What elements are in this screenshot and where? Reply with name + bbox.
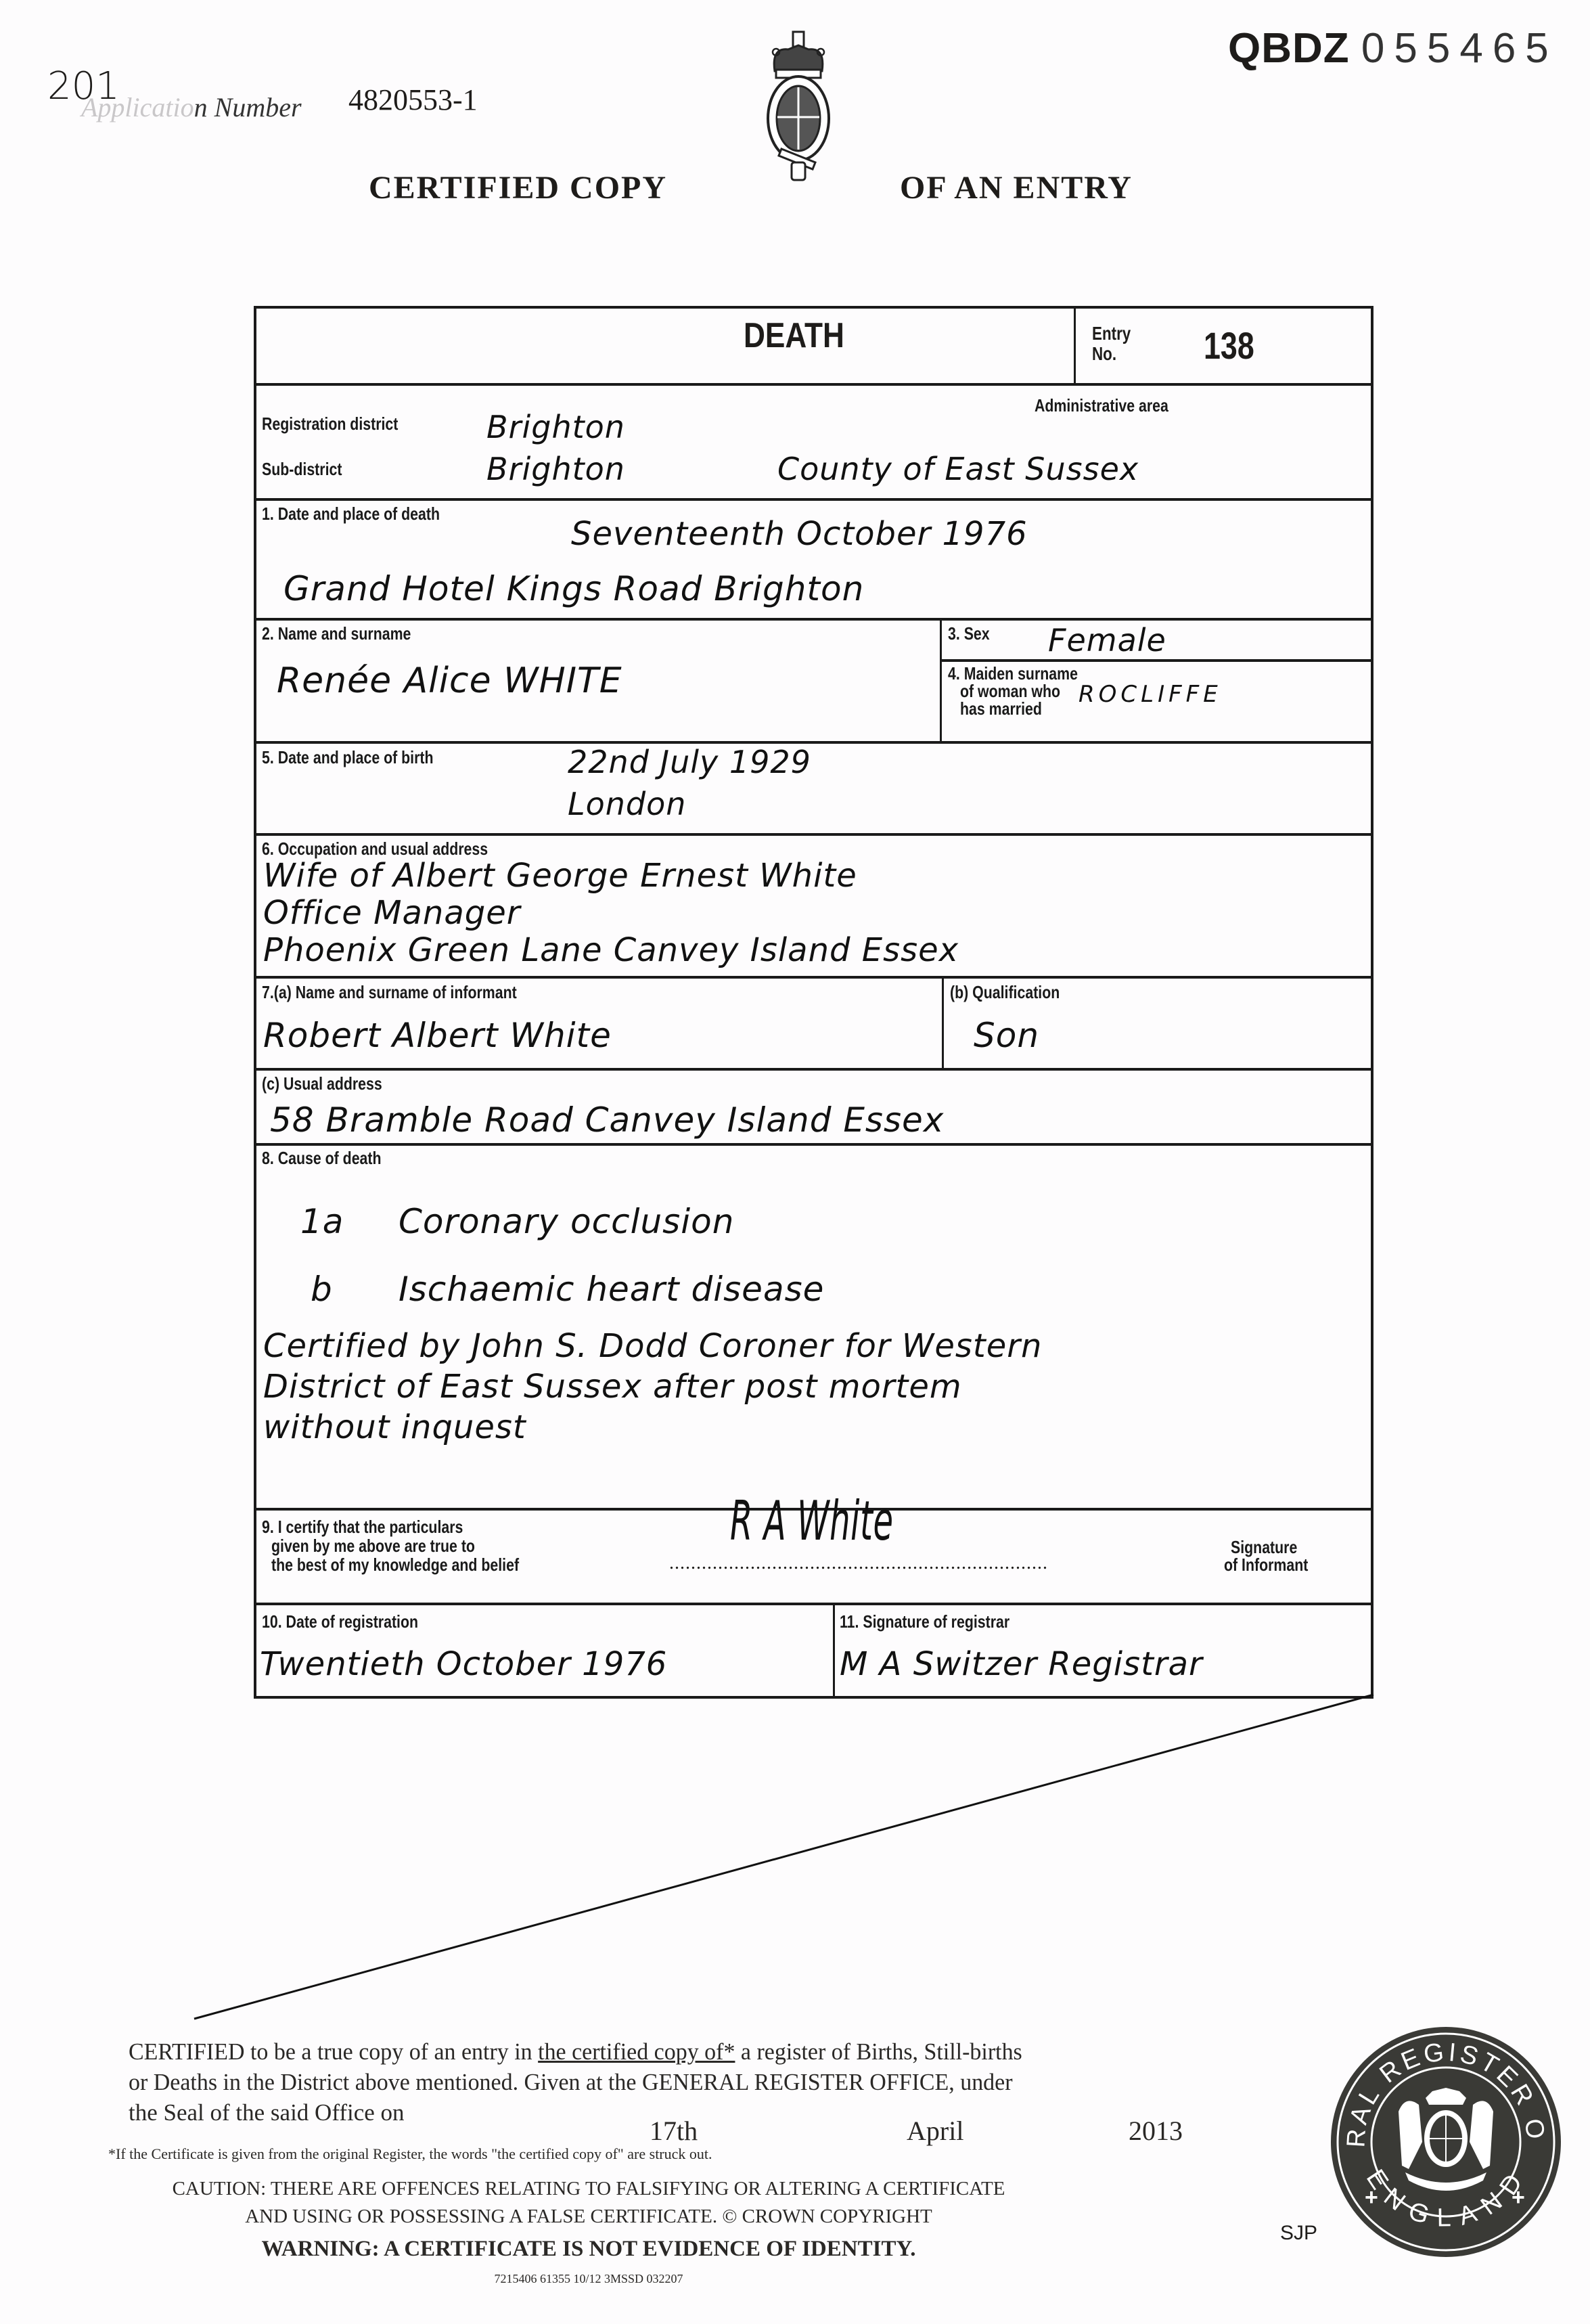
administrative-area-label: Administrative area xyxy=(1035,395,1168,416)
svg-text:+: + xyxy=(1365,2185,1378,2210)
field-3-label: 3. Sex xyxy=(948,623,990,644)
divider xyxy=(833,1603,835,1697)
registrar-signature: M A Switzer Registrar xyxy=(840,1645,1203,1683)
issue-month: April xyxy=(907,2115,963,2147)
informant-qualification: Son xyxy=(974,1016,1039,1055)
caution-line-2: AND USING OR POSSESSING A FALSE CERTIFIC… xyxy=(0,2206,1177,2228)
divider xyxy=(256,741,1371,744)
maiden-surname: ROCLIFFE xyxy=(1078,681,1222,708)
divider xyxy=(940,659,1371,662)
title-of-an-entry: OF AN ENTRY xyxy=(900,169,1133,206)
field-9-label-3: the best of my knowledge and belief xyxy=(271,1555,519,1576)
divider xyxy=(256,1603,1371,1605)
identity-warning: WARNING: A CERTIFICATE IS NOT EVIDENCE O… xyxy=(0,2237,1177,2262)
issue-year: 2013 xyxy=(1129,2115,1183,2147)
field-9-label-2: given by me above are true to xyxy=(271,1536,475,1557)
divider xyxy=(256,976,1371,979)
print-code: 7215406 61355 10/12 3MSSD 032207 xyxy=(0,2272,1177,2286)
field-2-label: 2. Name and surname xyxy=(262,623,411,644)
field-8-label: 8. Cause of death xyxy=(262,1148,382,1169)
occupation-line-1: Wife of Albert George Ernest White xyxy=(263,857,857,895)
application-number-label: Application Number xyxy=(81,91,302,123)
cause-1b-number: b xyxy=(311,1270,333,1309)
divider xyxy=(256,498,1371,501)
divider xyxy=(256,618,1371,621)
divider xyxy=(256,1143,1371,1146)
certificate-serial: QBDZ 055465 xyxy=(1228,24,1558,72)
issuer-initials: SJP xyxy=(1280,2222,1317,2245)
svg-text:+: + xyxy=(1512,2185,1525,2210)
issue-day: 17th xyxy=(650,2115,698,2147)
serial-number: 055465 xyxy=(1361,25,1558,72)
field-11-label: 11. Signature of registrar xyxy=(840,1611,1009,1632)
cause-1a-number: 1a xyxy=(300,1202,344,1241)
place-of-death: Grand Hotel Kings Road Brighton xyxy=(283,569,864,608)
field-9-label-1: 9. I certify that the particulars xyxy=(262,1517,463,1538)
registration-district-label: Registration district xyxy=(262,414,398,434)
general-register-office-seal-icon: GENERAL REGISTER OFFICE ENGLAND + + xyxy=(1327,2024,1564,2260)
place-of-birth: London xyxy=(568,786,686,822)
divider xyxy=(256,383,1371,386)
application-label-text: n Number xyxy=(194,92,302,122)
sub-district-label: Sub-district xyxy=(262,459,342,480)
divider xyxy=(1074,309,1076,383)
application-label-faint: Applicatio xyxy=(81,92,194,122)
signature-of-informant-label-2: of Informant xyxy=(1224,1555,1308,1576)
application-number: 4820553-1 xyxy=(348,83,478,117)
field-7a-label: 7.(a) Name and surname of informant xyxy=(262,982,517,1003)
divider xyxy=(256,833,1371,836)
informant-address: 58 Bramble Road Canvey Island Essex xyxy=(270,1100,944,1140)
serial-prefix: QBDZ xyxy=(1228,25,1350,72)
footnote: *If the Certificate is given from the or… xyxy=(108,2145,712,2163)
entry-type-heading: DEATH xyxy=(744,315,844,356)
death-entry-table: DEATH Entry No. 138 Administrative area … xyxy=(254,306,1373,1699)
date-of-death: Seventeenth October 1976 xyxy=(571,515,1028,553)
field-10-label: 10. Date of registration xyxy=(262,1611,418,1632)
field-7c-label: (c) Usual address xyxy=(262,1073,382,1094)
administrative-area-value: County of East Sussex xyxy=(777,451,1139,487)
cause-1b: Ischaemic heart disease xyxy=(399,1270,824,1309)
informant-name: Robert Albert White xyxy=(263,1016,612,1055)
cause-certification-line-1: Certified by John S. Dodd Coroner for We… xyxy=(263,1327,1042,1365)
usual-address: Phoenix Green Lane Canvey Island Essex xyxy=(263,931,959,969)
name-of-deceased: Renée Alice WHITE xyxy=(277,661,622,701)
divider xyxy=(256,1068,1371,1071)
entry-number: 138 xyxy=(1204,323,1254,367)
field-4-label-3: has married xyxy=(960,698,1042,719)
title-certified-copy: CERTIFIED COPY xyxy=(369,169,667,206)
cause-1a: Coronary occlusion xyxy=(399,1202,734,1241)
field-5-label: 5. Date and place of birth xyxy=(262,747,434,768)
divider xyxy=(940,618,942,741)
sex-value: Female xyxy=(1048,622,1166,658)
registration-district-value: Brighton xyxy=(486,409,625,445)
certified-copy-phrase: the certified copy of* xyxy=(538,2038,735,2065)
caution-line-1: CAUTION: THERE ARE OFFENCES RELATING TO … xyxy=(0,2178,1177,2200)
cause-certification-line-2: District of East Sussex after post morte… xyxy=(263,1368,962,1406)
sub-district-value: Brighton xyxy=(486,451,625,487)
divider xyxy=(942,976,944,1068)
certification-text: a register of Births, Still-births xyxy=(735,2038,1022,2065)
certification-line-3: the Seal of the said Office on xyxy=(129,2099,405,2126)
date-of-registration: Twentieth October 1976 xyxy=(260,1645,667,1683)
entry-number-label: Entry No. xyxy=(1092,323,1125,364)
royal-crest-garter-icon xyxy=(761,30,836,183)
occupation-line-2: Office Manager xyxy=(263,894,521,932)
field-1-label: 1. Date and place of death xyxy=(262,504,440,524)
informant-signature: R A White xyxy=(730,1490,894,1552)
certification-text: CERTIFIED to be a true copy of an entry … xyxy=(129,2038,538,2065)
date-of-birth: 22nd July 1929 xyxy=(568,744,811,780)
field-7b-label: (b) Qualification xyxy=(950,982,1060,1003)
certification-line-1: CERTIFIED to be a true copy of an entry … xyxy=(129,2038,1022,2065)
certification-line-2: or Deaths in the District above mentione… xyxy=(129,2069,1013,2096)
cause-certification-line-3: without inquest xyxy=(263,1408,526,1446)
signature-dotted-line: ........................................… xyxy=(669,1552,1048,1574)
